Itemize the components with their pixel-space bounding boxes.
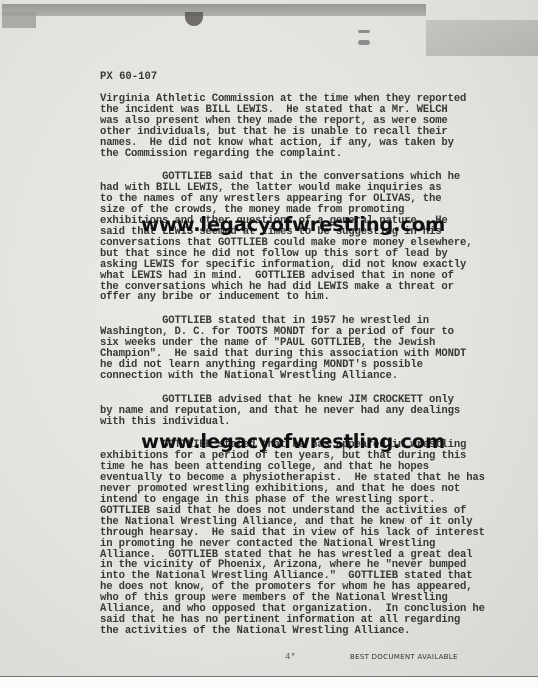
page-number: 4* xyxy=(285,652,296,662)
paragraph: GOTTLIEB stated that he has appeared in … xyxy=(100,440,500,636)
watermark: www.legacyofwrestling.com xyxy=(141,430,445,453)
paragraph: GOTTLIEB stated that in 1957 he wrestled… xyxy=(100,316,500,381)
scan-shadow-right xyxy=(426,20,538,56)
scanned-page: PX 60-107 Virginia Athletic Commission a… xyxy=(0,0,538,688)
paragraph: GOTTLIEB said that in the conversations … xyxy=(100,172,500,303)
staple-mark xyxy=(358,40,370,45)
staple-hole xyxy=(185,12,203,26)
paragraph: GOTTLIEB advised that he knew JIM CROCKE… xyxy=(100,395,500,428)
paragraph: Virginia Athletic Commission at the time… xyxy=(100,94,500,159)
staple-mark xyxy=(358,30,370,33)
document-body: Virginia Athletic Commission at the time… xyxy=(100,94,500,650)
watermark: www.legacyofwrestling.com xyxy=(141,213,445,236)
scan-shadow-corner xyxy=(2,12,36,28)
file-number: PX 60-107 xyxy=(100,71,157,83)
page-edge xyxy=(0,676,538,688)
best-document-stamp: BEST DOCUMENT AVAILABLE xyxy=(350,653,458,661)
scan-shadow-top xyxy=(2,4,426,16)
